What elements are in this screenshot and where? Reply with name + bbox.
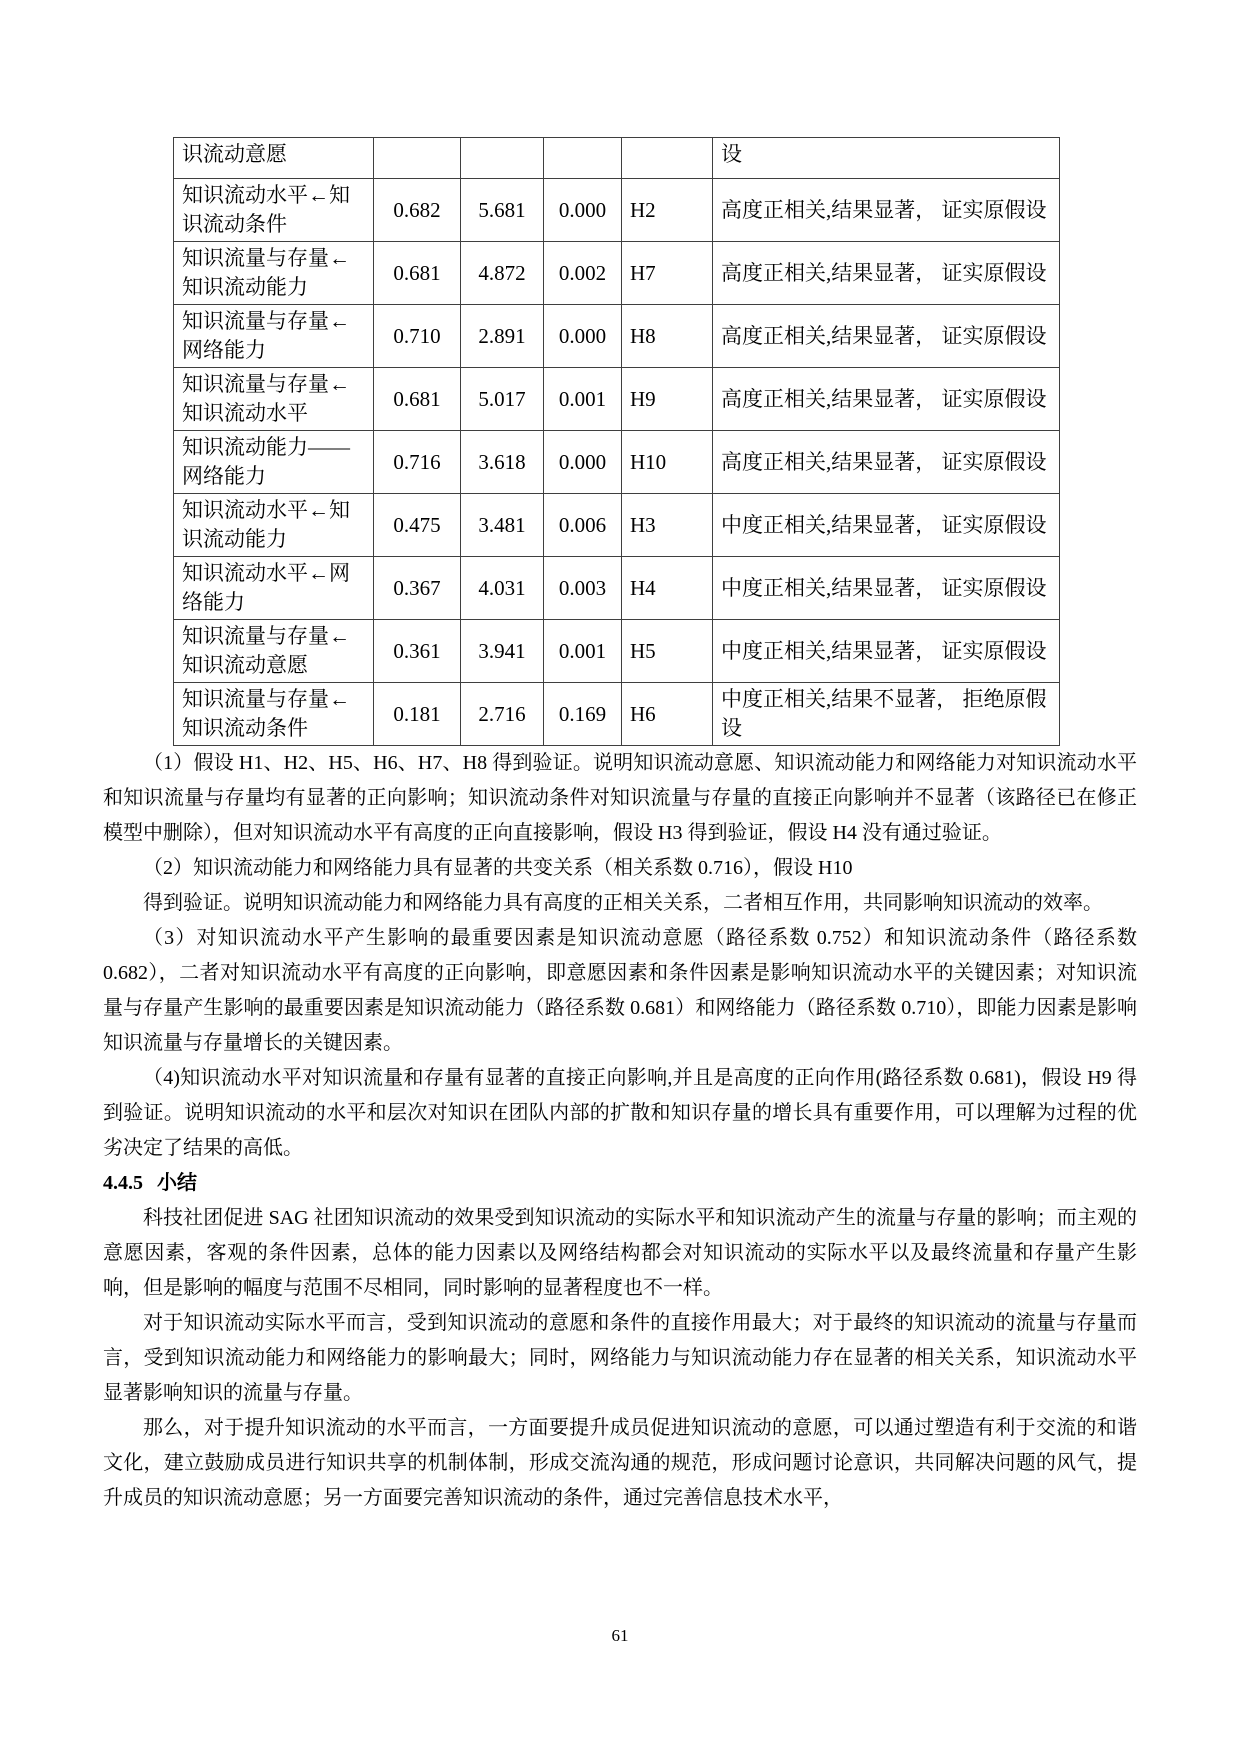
value3-cell: 0.003 [544,557,622,620]
value3-cell: 0.000 [544,305,622,368]
paragraph-6: 科技社团促进 SAG 社团知识流动的效果受到知识流动的实际水平和知识流动产生的流… [103,1201,1137,1306]
path-cell: 知识流量与存量←知识流动意愿 [174,620,374,683]
table-row: 知识流量与存量←知识流动意愿 0.361 3.941 0.001 H5 中度正相… [174,620,1060,683]
value2-cell: 2.716 [461,683,544,746]
section-heading-title: 小结 [157,1172,197,1194]
value1-cell: 0.181 [374,683,461,746]
hypothesis-cell: H6 [622,683,713,746]
paragraph-1: （1）假设 H1、H2、H5、H6、H7、H8 得到验证。说明知识流动意愿、知识… [103,746,1137,851]
conclusion-cell: 高度正相关,结果显著， 证实原假设 [713,179,1060,242]
page-number: 61 [0,1626,1240,1646]
path-cell: 知识流量与存量←知识流动能力 [174,242,374,305]
paragraph-3: 得到验证。说明知识流动能力和网络能力具有高度的正相关关系，二者相互作用，共同影响… [103,886,1137,921]
value1-cell: 0.475 [374,494,461,557]
value1-cell: 0.710 [374,305,461,368]
value1-cell: 0.367 [374,557,461,620]
paragraph-8: 那么，对于提升知识流动的水平而言，一方面要提升成员促进知识流动的意愿，可以通过塑… [103,1411,1137,1516]
table-row: 知识流动水平←知识流动能力 0.475 3.481 0.006 H3 中度正相关… [174,494,1060,557]
value3-cell: 0.006 [544,494,622,557]
paragraph-5: （4)知识流动水平对知识流量和存量有显著的直接正向影响,并且是高度的正向作用(路… [103,1061,1137,1166]
value2-cell: 3.481 [461,494,544,557]
conclusion-cell: 高度正相关,结果显著， 证实原假设 [713,305,1060,368]
value3-cell [544,138,622,179]
value2-cell: 4.872 [461,242,544,305]
value2-cell: 2.891 [461,305,544,368]
path-cell: 知识流量与存量←网络能力 [174,305,374,368]
value2-cell: 5.017 [461,368,544,431]
paragraph-2: （2）知识流动能力和网络能力具有显著的共变关系（相关系数 0.716），假设 H… [103,851,1137,886]
value2-cell: 3.941 [461,620,544,683]
section-heading: 4.4.5小结 [103,1166,1137,1201]
path-cell: 知识流动水平←知识流动能力 [174,494,374,557]
hypothesis-cell: H3 [622,494,713,557]
section-heading-number: 4.4.5 [103,1172,143,1194]
table-row: 知识流量与存量←知识流动水平 0.681 5.017 0.001 H9 高度正相… [174,368,1060,431]
table-row: 识流动意愿 设 [174,138,1060,179]
value2-cell: 5.681 [461,179,544,242]
conclusion-cell: 高度正相关,结果显著， 证实原假设 [713,431,1060,494]
value1-cell: 0.681 [374,242,461,305]
value2-cell [461,138,544,179]
table-row: 知识流量与存量←知识流动能力 0.681 4.872 0.002 H7 高度正相… [174,242,1060,305]
hypothesis-cell: H5 [622,620,713,683]
hypothesis-cell: H7 [622,242,713,305]
hypothesis-cell: H8 [622,305,713,368]
value3-cell: 0.002 [544,242,622,305]
path-cell: 知识流量与存量←知识流动条件 [174,683,374,746]
path-cell: 知识流动水平←知识流动条件 [174,179,374,242]
hypothesis-results-table: 识流动意愿 设 知识流动水平←知识流动条件 0.682 5.681 0.000 … [173,137,1060,746]
value3-cell: 0.000 [544,431,622,494]
value2-cell: 4.031 [461,557,544,620]
hypothesis-cell: H2 [622,179,713,242]
hypothesis-cell: H9 [622,368,713,431]
table-row: 知识流动水平←网络能力 0.367 4.031 0.003 H4 中度正相关,结… [174,557,1060,620]
conclusion-cell: 中度正相关,结果不显著， 拒绝原假设 [713,683,1060,746]
path-cell: 识流动意愿 [174,138,374,179]
path-cell: 知识流动能力——网络能力 [174,431,374,494]
table-row: 知识流动水平←知识流动条件 0.682 5.681 0.000 H2 高度正相关… [174,179,1060,242]
conclusion-cell: 设 [713,138,1060,179]
table-row: 知识流动能力——网络能力 0.716 3.618 0.000 H10 高度正相关… [174,431,1060,494]
conclusion-cell: 高度正相关,结果显著， 证实原假设 [713,368,1060,431]
value1-cell: 0.681 [374,368,461,431]
value1-cell: 0.682 [374,179,461,242]
value1-cell [374,138,461,179]
paragraph-4: （3）对知识流动水平产生影响的最重要因素是知识流动意愿（路径系数 0.752）和… [103,921,1137,1061]
path-cell: 知识流动水平←网络能力 [174,557,374,620]
value3-cell: 0.169 [544,683,622,746]
path-cell: 知识流量与存量←知识流动水平 [174,368,374,431]
hypothesis-cell [622,138,713,179]
paragraph-7: 对于知识流动实际水平而言，受到知识流动的意愿和条件的直接作用最大；对于最终的知识… [103,1306,1137,1411]
conclusion-cell: 中度正相关,结果显著， 证实原假设 [713,494,1060,557]
value3-cell: 0.001 [544,620,622,683]
value1-cell: 0.361 [374,620,461,683]
table-row: 知识流量与存量←网络能力 0.710 2.891 0.000 H8 高度正相关,… [174,305,1060,368]
table-row: 知识流量与存量←知识流动条件 0.181 2.716 0.169 H6 中度正相… [174,683,1060,746]
conclusion-cell: 中度正相关,结果显著， 证实原假设 [713,557,1060,620]
value3-cell: 0.001 [544,368,622,431]
value2-cell: 3.618 [461,431,544,494]
value1-cell: 0.716 [374,431,461,494]
value3-cell: 0.000 [544,179,622,242]
conclusion-cell: 高度正相关,结果显著， 证实原假设 [713,242,1060,305]
hypothesis-cell: H10 [622,431,713,494]
conclusion-cell: 中度正相关,结果显著， 证实原假设 [713,620,1060,683]
body-text: （1）假设 H1、H2、H5、H6、H7、H8 得到验证。说明知识流动意愿、知识… [103,746,1137,1516]
hypothesis-cell: H4 [622,557,713,620]
